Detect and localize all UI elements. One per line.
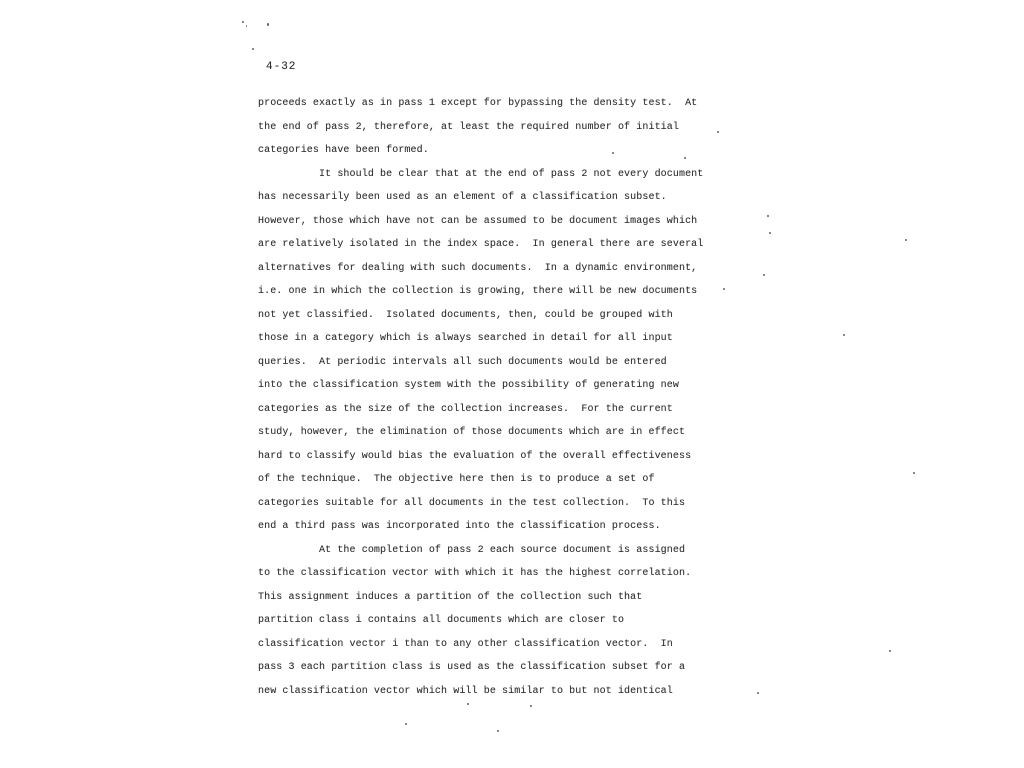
text-line: not yet classified. Isolated documents, … [258, 304, 728, 328]
scan-speck [763, 274, 765, 276]
text-line: It should be clear that at the end of pa… [258, 163, 728, 187]
text-line: study, however, the elimination of those… [258, 421, 728, 445]
text-line: At the completion of pass 2 each source … [258, 539, 728, 563]
document-body: proceeds exactly as in pass 1 except for… [258, 92, 728, 703]
scan-speck [246, 25, 247, 27]
text-line: categories have been formed. [258, 139, 728, 163]
text-line: hard to classify would bias the evaluati… [258, 445, 728, 469]
scan-speck [723, 288, 725, 290]
scan-speck [267, 23, 269, 26]
text-line: partition class i contains all documents… [258, 609, 728, 633]
text-line: the end of pass 2, therefore, at least t… [258, 116, 728, 140]
text-line: to the classification vector with which … [258, 562, 728, 586]
text-line: those in a category which is always sear… [258, 327, 728, 351]
scan-speck [905, 239, 907, 241]
scan-speck [242, 21, 244, 23]
scan-speck [757, 692, 759, 694]
text-line: categories suitable for all documents in… [258, 492, 728, 516]
text-line: new classification vector which will be … [258, 680, 728, 704]
scan-speck [467, 703, 469, 705]
text-line: classification vector i than to any othe… [258, 633, 728, 657]
scan-speck [252, 48, 254, 50]
scanned-document-page: 4-32 proceeds exactly as in pass 1 excep… [0, 0, 1024, 768]
page-number: 4-32 [266, 61, 296, 73]
scan-speck [843, 334, 845, 336]
text-line: of the technique. The objective here the… [258, 468, 728, 492]
paragraph: proceeds exactly as in pass 1 except for… [258, 92, 728, 163]
scan-speck [684, 157, 686, 159]
scan-speck [889, 650, 891, 652]
scan-speck [769, 232, 771, 234]
paragraph: It should be clear that at the end of pa… [258, 163, 728, 539]
scan-speck [405, 723, 407, 725]
text-line: alternatives for dealing with such docum… [258, 257, 728, 281]
scan-speck [530, 705, 532, 707]
scan-speck [767, 215, 769, 217]
text-line: i.e. one in which the collection is grow… [258, 280, 728, 304]
text-line: end a third pass was incorporated into t… [258, 515, 728, 539]
text-line: proceeds exactly as in pass 1 except for… [258, 92, 728, 116]
text-line: pass 3 each partition class is used as t… [258, 656, 728, 680]
text-line: has necessarily been used as an element … [258, 186, 728, 210]
text-line: are relatively isolated in the index spa… [258, 233, 728, 257]
scan-speck [913, 472, 915, 474]
paragraph: At the completion of pass 2 each source … [258, 539, 728, 704]
text-line: However, those which have not can be ass… [258, 210, 728, 234]
scan-speck [717, 131, 719, 133]
text-line: This assignment induces a partition of t… [258, 586, 728, 610]
text-line: queries. At periodic intervals all such … [258, 351, 728, 375]
text-line: into the classification system with the … [258, 374, 728, 398]
scan-speck [497, 730, 499, 732]
scan-speck [612, 152, 614, 154]
text-line: categories as the size of the collection… [258, 398, 728, 422]
